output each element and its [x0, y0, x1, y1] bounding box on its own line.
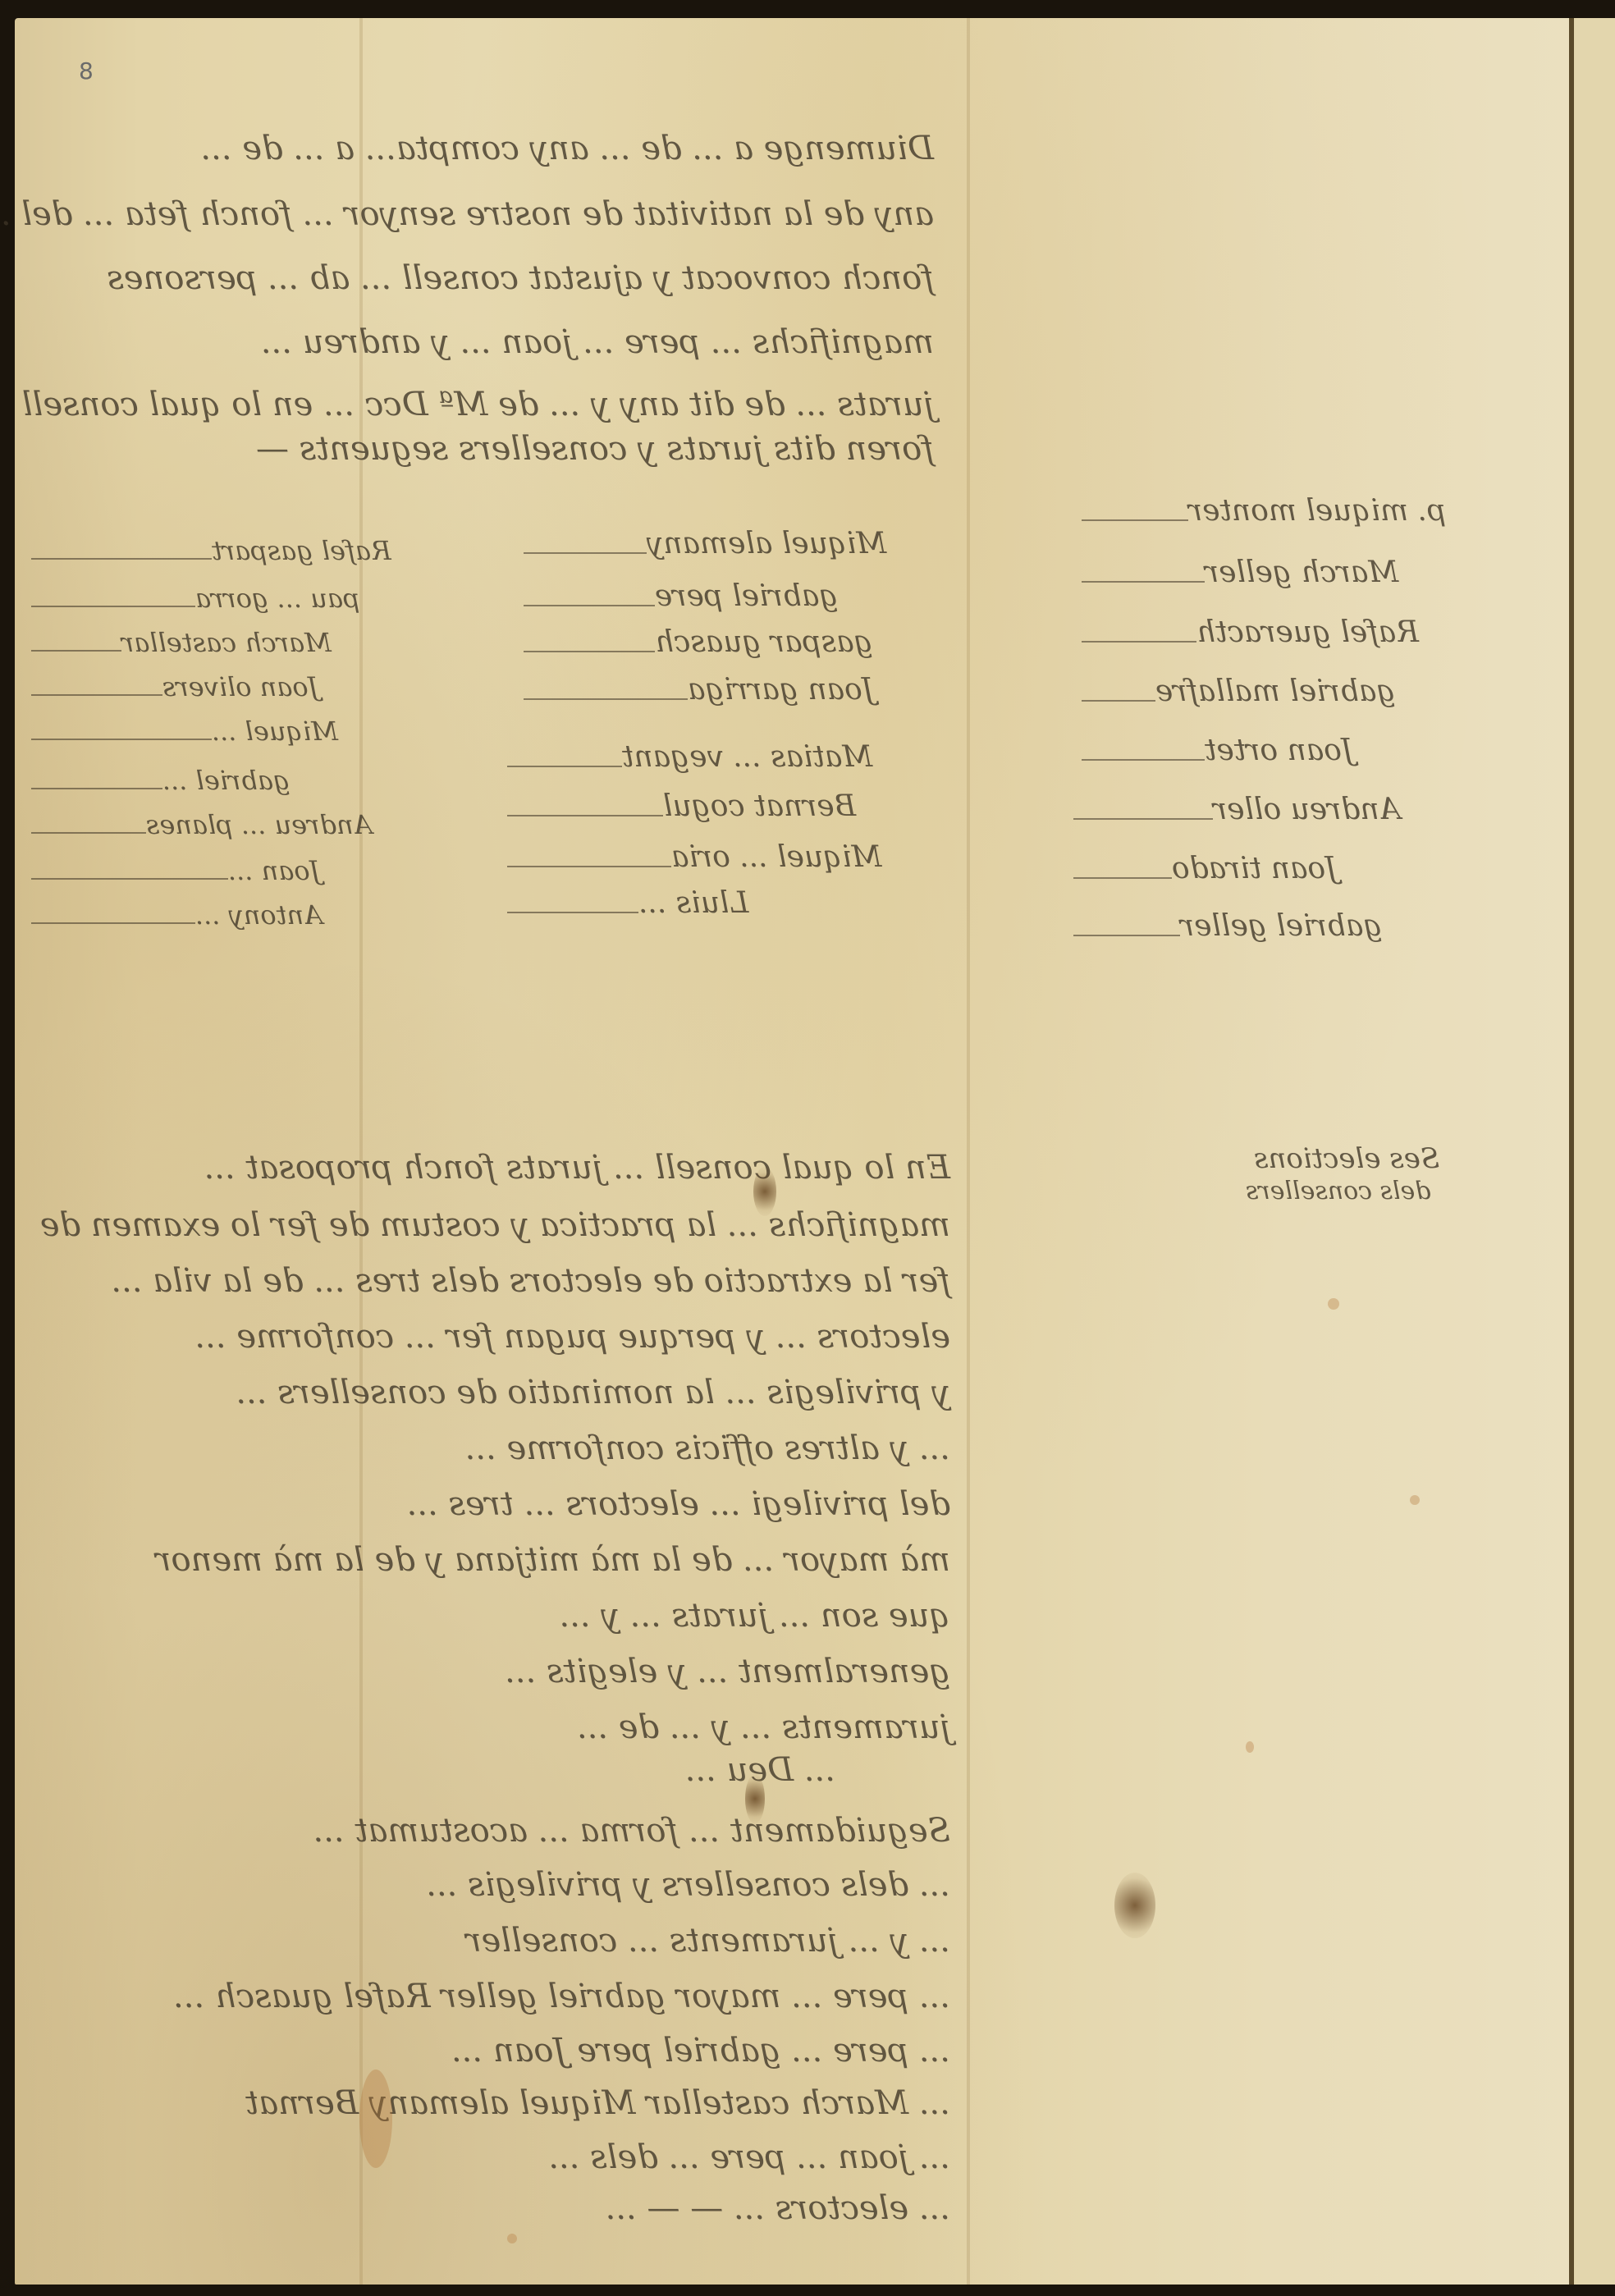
text-line: Diumenge a ... de ... any compta... a ..… — [64, 117, 934, 181]
ink-stain — [1114, 1873, 1155, 1938]
text-line: que son ... jurats ... y ... — [80, 1584, 950, 1648]
name-entry: Joan garriga — [688, 673, 874, 707]
name-entry: Miquel ... — [212, 716, 338, 747]
name-entry: gabriel pere — [655, 579, 838, 613]
text-line: y privilegis ... la nominatio de consell… — [80, 1361, 950, 1425]
name-entry: Joan olivers — [162, 671, 318, 702]
text-line: ... electors ... — — ... — [80, 2176, 950, 2240]
name-entry: gabriel mallafre — [1155, 675, 1395, 708]
name-entry: Andreu ... planes — [146, 809, 373, 840]
water-stain — [359, 2070, 392, 2168]
text-line: del privilegi ... electors ... tres ... — [80, 1472, 950, 1536]
name-entry: gabriel geller — [1180, 909, 1382, 943]
text-line: electors ... y perque pugan fer ... conf… — [80, 1305, 950, 1369]
name-entry: Lluis ... — [638, 886, 748, 920]
name-entry: March geller — [1205, 556, 1398, 589]
margin-note-line: dels consellers — [1246, 1177, 1431, 1205]
name-entry: Matias ... vegant — [622, 740, 872, 774]
name-entry: Antony ... — [195, 899, 323, 931]
name-entry: Rafel gueracth — [1196, 615, 1419, 649]
name-entry: Andreu oller — [1213, 793, 1401, 826]
foxing-spot — [1410, 1495, 1420, 1505]
name-entry: p. miquel monter — [1188, 494, 1446, 528]
ink-blot — [745, 1774, 765, 1823]
text-line: any de la nativitat de nostre senyor ...… — [64, 182, 934, 246]
name-entry: March castellar — [121, 627, 332, 658]
text-line: foren dits jurats y consellers seguents … — [409, 417, 934, 481]
name-entry: Joan tirado — [1172, 852, 1338, 885]
ink-blot — [753, 1167, 776, 1216]
name-entry: gaspar guasch — [655, 625, 873, 659]
name-entry: Bernat cogul — [663, 789, 856, 823]
margin-note-line: Ses elections — [1254, 1142, 1439, 1175]
foxing-spot — [1246, 1741, 1254, 1753]
text-line: fonch convocat y ajustat consell ... ab … — [64, 246, 934, 310]
text-line: mà mayor ... de la mà mitjana y de la mà… — [80, 1528, 950, 1592]
text-line: ... y altres officis conforme ... — [80, 1416, 950, 1480]
text-line: fer la extractio de electors dels tres .… — [80, 1249, 950, 1313]
adjacent-page-edge — [1574, 18, 1615, 2285]
foxing-spot — [507, 2234, 517, 2243]
text-line: ... y ... juraments ... conseller — [80, 1909, 950, 1973]
manuscript-page: 8 Diumenge a ... de ... any compta... a … — [15, 18, 1590, 2285]
name-entry: Miquel alemany — [647, 527, 886, 560]
name-entry: Rafel gaspart — [212, 535, 391, 566]
foxing-spot — [1328, 1298, 1339, 1310]
name-entry: pau ... gorra — [195, 583, 359, 614]
text-line: ... Deu ... — [425, 1738, 835, 1802]
paper-fold — [967, 18, 970, 2285]
text-line: generalment ... y elegits ... — [80, 1640, 950, 1704]
text-line: En lo qual consell ... jurats fonch prop… — [80, 1136, 950, 1200]
folio-number: 8 — [79, 57, 94, 85]
name-entry: Joan ... — [228, 855, 320, 886]
name-entry: gabriel ... — [162, 765, 290, 796]
text-line: magnifichs ... la practica y costum de f… — [80, 1193, 950, 1257]
text-line: ... dels consellers y privilegis ... — [80, 1853, 950, 1917]
name-entry: Joan ortet — [1205, 734, 1353, 767]
name-entry: Miquel ... oria — [671, 840, 882, 874]
text-line: magnifichs ... pere ... joan ... y andre… — [64, 310, 934, 374]
